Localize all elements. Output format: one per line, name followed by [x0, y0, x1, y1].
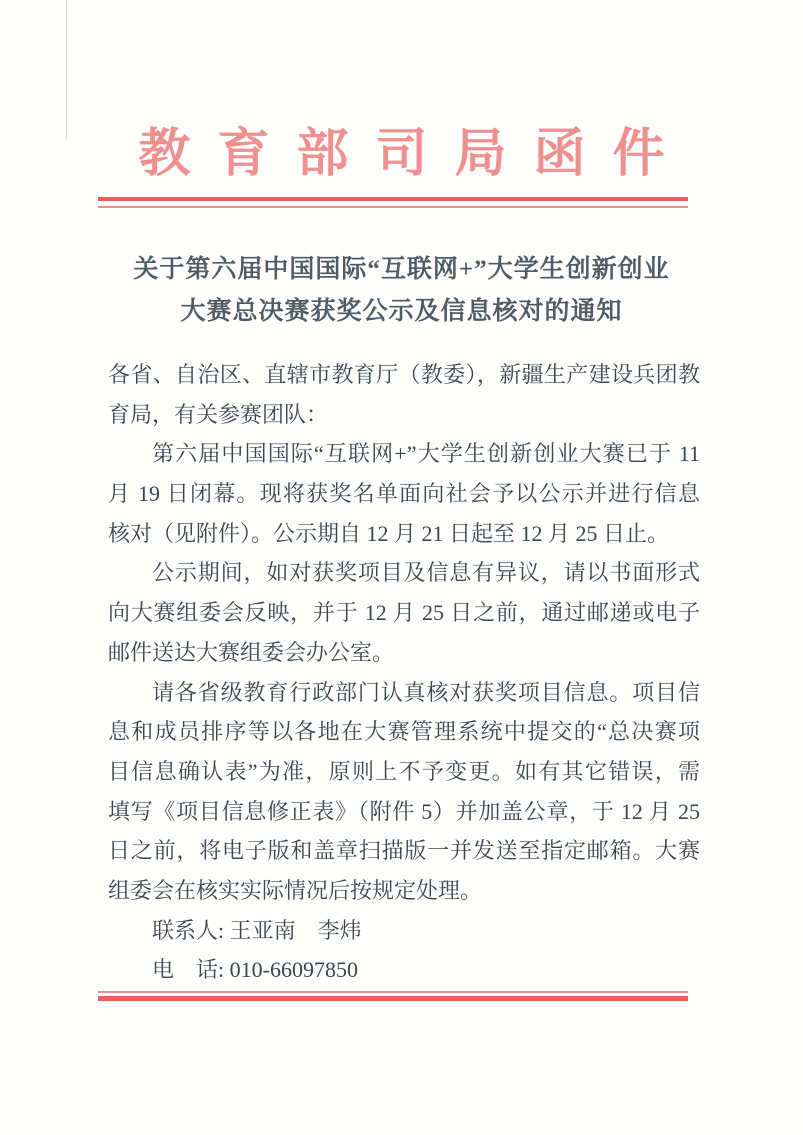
document-page: 教育部司局函件 关于第六届中国国际“互联网+”大学生创新创业 大赛总决赛获奖公示… [0, 0, 803, 1135]
body-line: 联系人: 王亚南 李炜 [108, 911, 700, 951]
body-line: 月 19 日闭幕。现将获奖名单面向社会予以公示并进行信息 [108, 474, 700, 514]
letterhead-rule-thin [98, 206, 688, 208]
scan-edge-artifact [66, 0, 67, 140]
body-line: 邮件送达大赛组委会办公室。 [108, 633, 700, 673]
body-line: 填写《项目信息修正表》（附件 5）并加盖公章，于 12 月 25 [108, 792, 700, 832]
body-line: 请各省级教育行政部门认真核对获奖项目信息。项目信 [108, 673, 700, 713]
body-line: 核对（见附件）。公示期自 12 月 21 日起至 12 月 25 日止。 [108, 514, 700, 554]
document-body: 各省、自治区、直辖市教育厅（教委），新疆生产建设兵团教育局，有关参赛团队：第六届… [108, 355, 700, 990]
letterhead-title-text: 教育部司局函件 [138, 126, 691, 183]
body-line: 各省、自治区、直辖市教育厅（教委），新疆生产建设兵团教 [108, 355, 700, 395]
letterhead-title: 教育部司局函件 [0, 126, 803, 184]
body-line: 息和成员排序等以各地在大赛管理系统中提交的“总决赛项 [108, 712, 700, 752]
footer-rule-thick [98, 996, 688, 1001]
footer-rule-thin [98, 991, 688, 993]
document-title-line1: 关于第六届中国国际“互联网+”大学生创新创业 [0, 249, 803, 291]
body-line: 日之前，将电子版和盖章扫描版一并发送至指定邮箱。大赛 [108, 831, 700, 871]
document-title: 关于第六届中国国际“互联网+”大学生创新创业 大赛总决赛获奖公示及信息核对的通知 [0, 249, 803, 333]
document-title-line2: 大赛总决赛获奖公示及信息核对的通知 [0, 291, 803, 333]
body-line: 育局，有关参赛团队： [108, 395, 700, 435]
body-line: 公示期间，如对获奖项目及信息有异议，请以书面形式 [108, 553, 700, 593]
body-line: 电 话: 010-66097850 [108, 950, 700, 990]
body-line: 第六届中国国际“互联网+”大学生创新创业大赛已于 11 [108, 434, 700, 474]
body-line: 组委会在核实实际情况后按规定处理。 [108, 871, 700, 911]
letterhead-rule-thick [98, 197, 688, 201]
body-line: 向大赛组委会反映，并于 12 月 25 日之前，通过邮递或电子 [108, 593, 700, 633]
body-line: 目信息确认表”为准，原则上不予变更。如有其它错误，需 [108, 752, 700, 792]
